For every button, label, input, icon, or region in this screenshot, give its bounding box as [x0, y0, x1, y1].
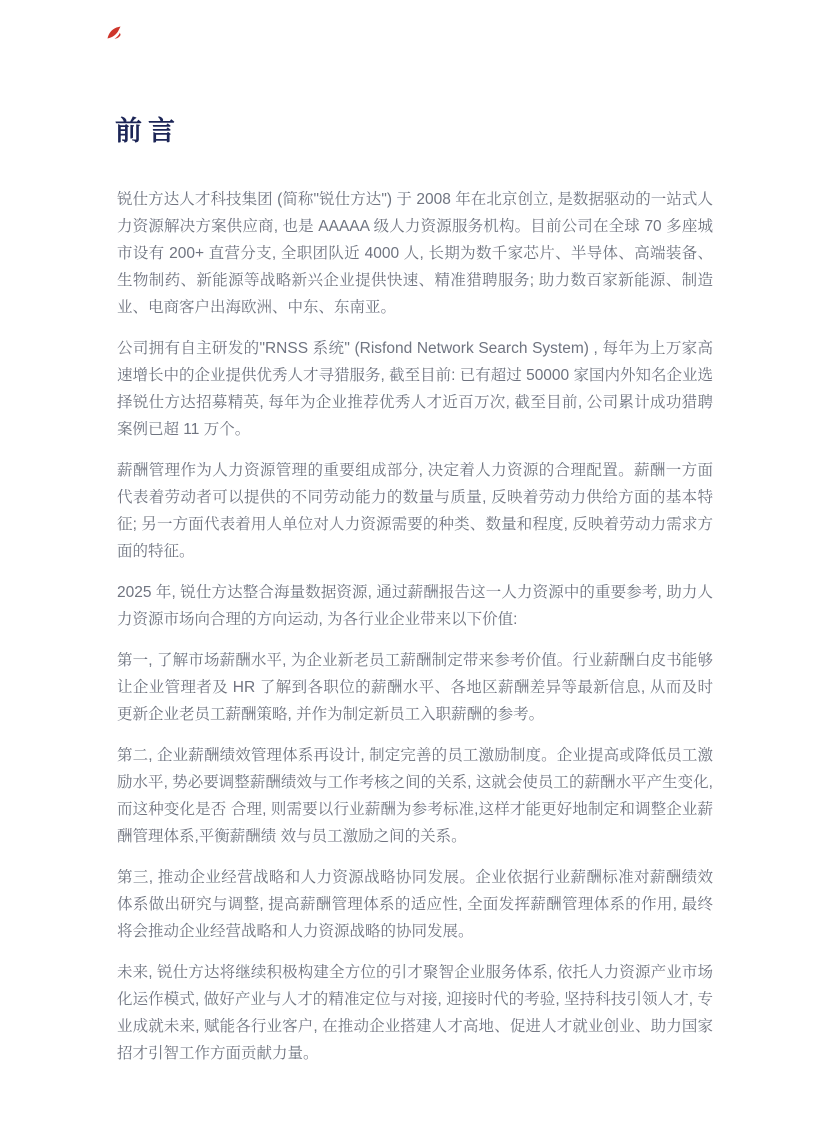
page-title: 前言	[115, 109, 181, 148]
paragraph-rnss-system: 公司拥有自主研发的"RNSS 系统" (Risfond Network Sear…	[117, 335, 713, 443]
paragraph-value-second: 第二, 企业薪酬绩效管理体系再设计, 制定完善的员工激励制度。企业提高或降低员工…	[117, 742, 713, 850]
paragraph-company-intro: 锐仕方达人才科技集团 (简称"锐仕方达") 于 2008 年在北京创立, 是数据…	[117, 186, 713, 321]
preface-content: 锐仕方达人才科技集团 (简称"锐仕方达") 于 2008 年在北京创立, 是数据…	[117, 186, 713, 1067]
paragraph-salary-management: 薪酬管理作为人力资源管理的重要组成部分, 决定着人力资源的合理配置。薪酬一方面代…	[117, 457, 713, 565]
document-page: 前言 锐仕方达人才科技集团 (简称"锐仕方达") 于 2008 年在北京创立, …	[0, 0, 826, 1122]
paragraph-value-third: 第三, 推动企业经营战略和人力资源战略协同发展。企业依据行业薪酬标准对薪酬绩效体…	[117, 864, 713, 945]
paragraph-value-first: 第一, 了解市场薪酬水平, 为企业新老员工薪酬制定带来参考价值。行业薪酬白皮书能…	[117, 647, 713, 728]
paragraph-2025-report-value: 2025 年, 锐仕方达整合海量数据资源, 通过薪酬报告这一人力资源中的重要参考…	[117, 579, 713, 633]
paragraph-future-outlook: 未来, 锐仕方达将继续积极构建全方位的引才聚智企业服务体系, 依托人力资源产业市…	[117, 959, 713, 1067]
risfond-logo-mark-icon	[106, 25, 122, 41]
